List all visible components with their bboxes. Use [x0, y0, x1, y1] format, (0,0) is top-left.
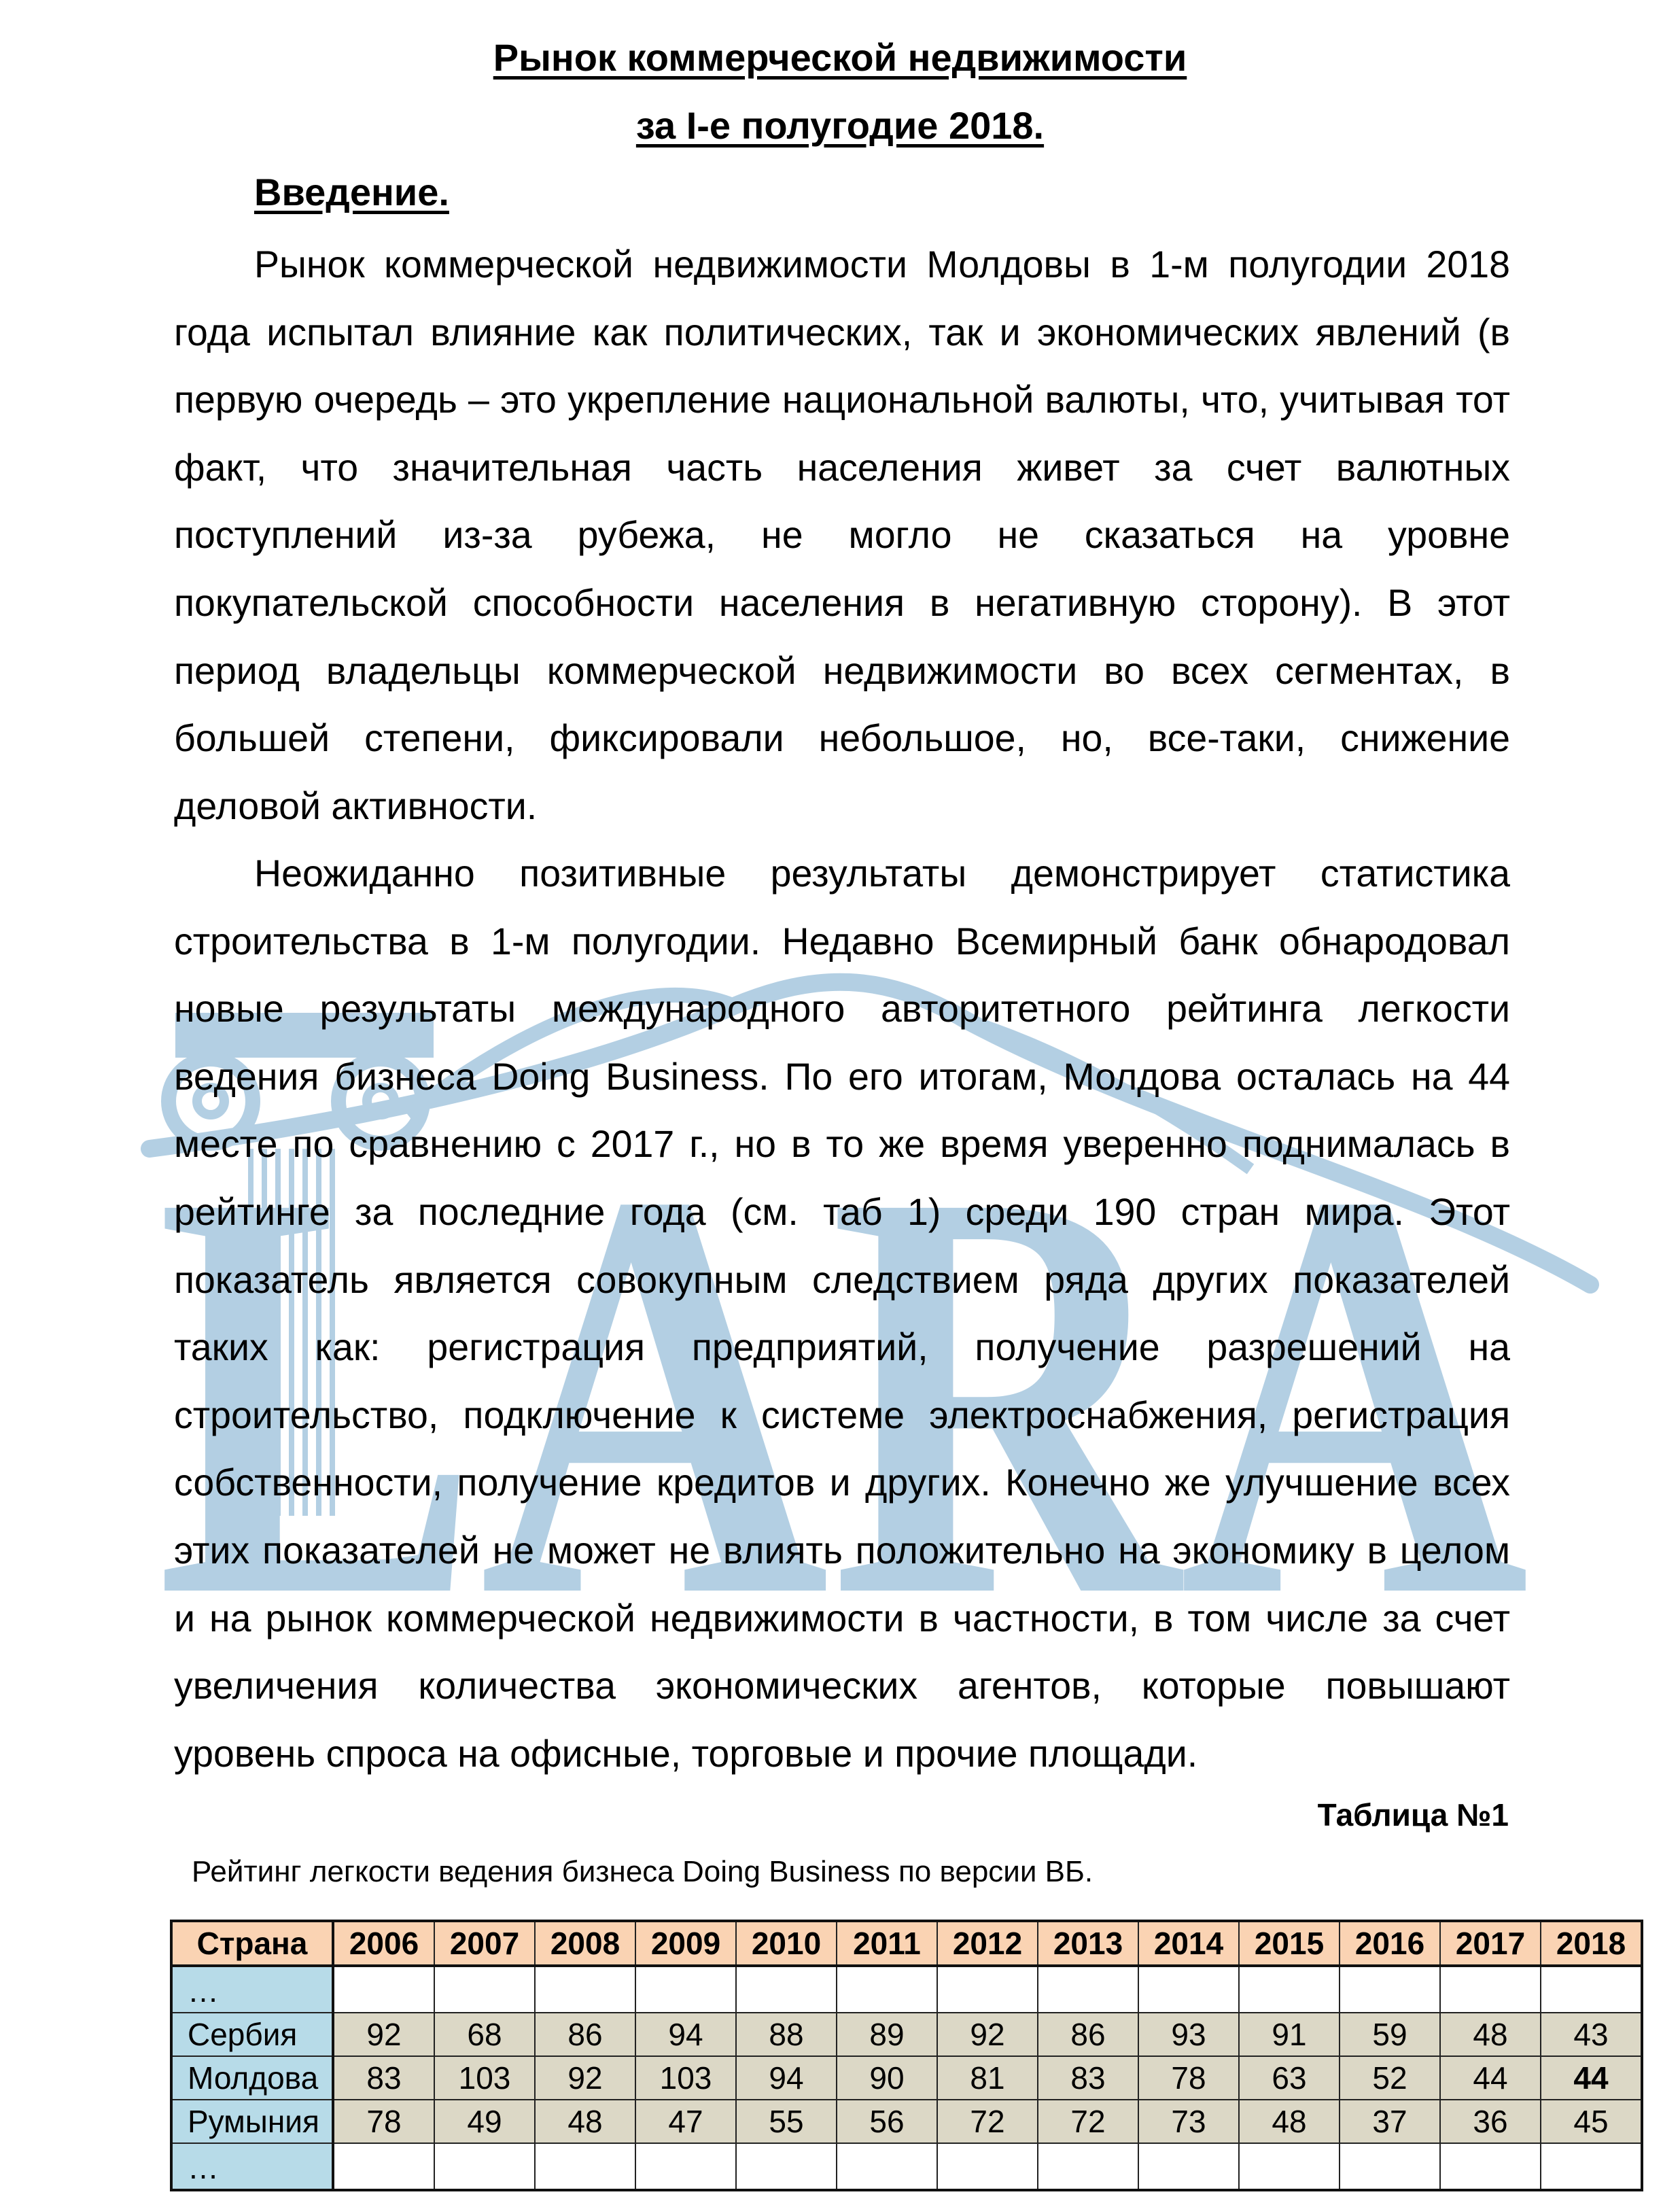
table-body: …Сербия92688694888992869391594843Молдова… — [171, 1966, 1642, 2190]
document-title-line-2: за I-е полугодие 2018. — [0, 102, 1680, 150]
section-heading-text: Введение. — [254, 171, 449, 213]
rank-cell — [937, 2143, 1038, 2190]
header-year: 2012 — [937, 1921, 1038, 1966]
rank-cell: 43 — [1541, 2013, 1642, 2056]
rank-cell: 93 — [1138, 2013, 1239, 2056]
rank-cell: 72 — [1038, 2100, 1138, 2143]
rank-cell: 89 — [837, 2013, 937, 2056]
table-row: … — [171, 1966, 1642, 2013]
document-page: Рынок коммерческой недвижимости за I-е п… — [0, 0, 1680, 2203]
rank-cell: 90 — [837, 2056, 937, 2100]
table-row: Сербия92688694888992869391594843 — [171, 2013, 1642, 2056]
rank-cell: 78 — [1138, 2056, 1239, 2100]
document-title-line-1: Рынок коммерческой недвижимости — [0, 34, 1680, 82]
rank-cell: 36 — [1440, 2100, 1541, 2143]
rank-cell — [1038, 2143, 1138, 2190]
table-row: … — [171, 2143, 1642, 2190]
title-text-2: за I-е полугодие 2018. — [636, 104, 1044, 147]
rank-cell: 47 — [635, 2100, 736, 2143]
rank-cell: 49 — [434, 2100, 535, 2143]
country-cell: Румыния — [171, 2100, 333, 2143]
rank-cell: 59 — [1340, 2013, 1440, 2056]
doing-business-rating-table: Страна2006200720082009201020112012201320… — [170, 1920, 1643, 2191]
rank-cell — [1138, 2143, 1239, 2190]
rank-cell — [736, 1966, 837, 2013]
rank-cell: 48 — [1440, 2013, 1541, 2056]
rank-cell: 92 — [333, 2013, 434, 2056]
paragraph-doing-business: Неожиданно позитивные результаты демонст… — [174, 840, 1510, 1788]
rank-cell: 68 — [434, 2013, 535, 2056]
table-row: Молдова8310392103949081837863524444 — [171, 2056, 1642, 2100]
header-year: 2006 — [333, 1921, 434, 1966]
header-year: 2015 — [1239, 1921, 1340, 1966]
rank-cell: 81 — [937, 2056, 1038, 2100]
rank-cell: 37 — [1340, 2100, 1440, 2143]
section-heading: Введение. — [254, 169, 449, 216]
rank-cell — [1340, 2143, 1440, 2190]
rank-cell — [333, 1966, 434, 2013]
rank-cell: 73 — [1138, 2100, 1239, 2143]
rank-cell — [434, 2143, 535, 2190]
rank-cell: 103 — [434, 2056, 535, 2100]
table-header-row: Страна2006200720082009201020112012201320… — [171, 1921, 1642, 1966]
rank-cell: 48 — [1239, 2100, 1340, 2143]
title-text-1: Рынок коммерческой недвижимости — [493, 36, 1187, 79]
rank-cell — [736, 2143, 837, 2190]
country-cell: Сербия — [171, 2013, 333, 2056]
rank-cell: 45 — [1541, 2100, 1642, 2143]
rank-cell — [937, 1966, 1038, 2013]
rank-cell: 86 — [1038, 2013, 1138, 2056]
header-year: 2008 — [535, 1921, 635, 1966]
rank-cell: 94 — [635, 2013, 736, 2056]
table-caption: Рейтинг легкости ведения бизнеса Doing B… — [192, 1853, 1093, 1891]
header-year: 2018 — [1541, 1921, 1642, 1966]
rank-cell: 88 — [736, 2013, 837, 2056]
rank-cell: 55 — [736, 2100, 837, 2143]
rank-cell — [635, 1966, 736, 2013]
rank-cell — [635, 2143, 736, 2190]
rank-cell: 92 — [535, 2056, 635, 2100]
header-country: Страна — [171, 1921, 333, 1966]
rank-cell: 103 — [635, 2056, 736, 2100]
rank-cell: 52 — [1340, 2056, 1440, 2100]
rank-cell: 48 — [535, 2100, 635, 2143]
rank-cell: 56 — [837, 2100, 937, 2143]
rank-cell — [1239, 1966, 1340, 2013]
paragraph-intro: Рынок коммерческой недвижимости Молдовы … — [174, 231, 1510, 840]
rank-cell — [1440, 2143, 1541, 2190]
table-row: Румыния78494847555672727348373645 — [171, 2100, 1642, 2143]
rank-cell: 91 — [1239, 2013, 1340, 2056]
rank-cell — [1440, 1966, 1541, 2013]
rank-cell — [1138, 1966, 1239, 2013]
rank-cell: 44 — [1541, 2056, 1642, 2100]
rank-cell — [1541, 2143, 1642, 2190]
rank-cell — [535, 1966, 635, 2013]
rank-cell — [1239, 2143, 1340, 2190]
header-year: 2014 — [1138, 1921, 1239, 1966]
rank-cell — [837, 1966, 937, 2013]
rank-cell: 72 — [937, 2100, 1038, 2143]
header-year: 2017 — [1440, 1921, 1541, 1966]
table-number-label: Таблица №1 — [1318, 1796, 1509, 1834]
rank-cell — [535, 2143, 635, 2190]
header-year: 2010 — [736, 1921, 837, 1966]
header-year: 2013 — [1038, 1921, 1138, 1966]
rank-cell — [434, 1966, 535, 2013]
rank-cell — [1038, 1966, 1138, 2013]
country-cell: … — [171, 1966, 333, 2013]
rank-cell — [333, 2143, 434, 2190]
rank-cell — [837, 2143, 937, 2190]
rank-cell: 94 — [736, 2056, 837, 2100]
header-year: 2011 — [837, 1921, 937, 1966]
rank-cell: 44 — [1440, 2056, 1541, 2100]
rank-cell: 92 — [937, 2013, 1038, 2056]
rank-cell: 86 — [535, 2013, 635, 2056]
rank-cell: 78 — [333, 2100, 434, 2143]
rank-cell — [1340, 1966, 1440, 2013]
rank-cell — [1541, 1966, 1642, 2013]
rank-cell: 83 — [333, 2056, 434, 2100]
header-year: 2016 — [1340, 1921, 1440, 1966]
rank-cell: 63 — [1239, 2056, 1340, 2100]
header-year: 2007 — [434, 1921, 535, 1966]
header-year: 2009 — [635, 1921, 736, 1966]
rank-cell: 83 — [1038, 2056, 1138, 2100]
country-cell: Молдова — [171, 2056, 333, 2100]
country-cell: … — [171, 2143, 333, 2190]
